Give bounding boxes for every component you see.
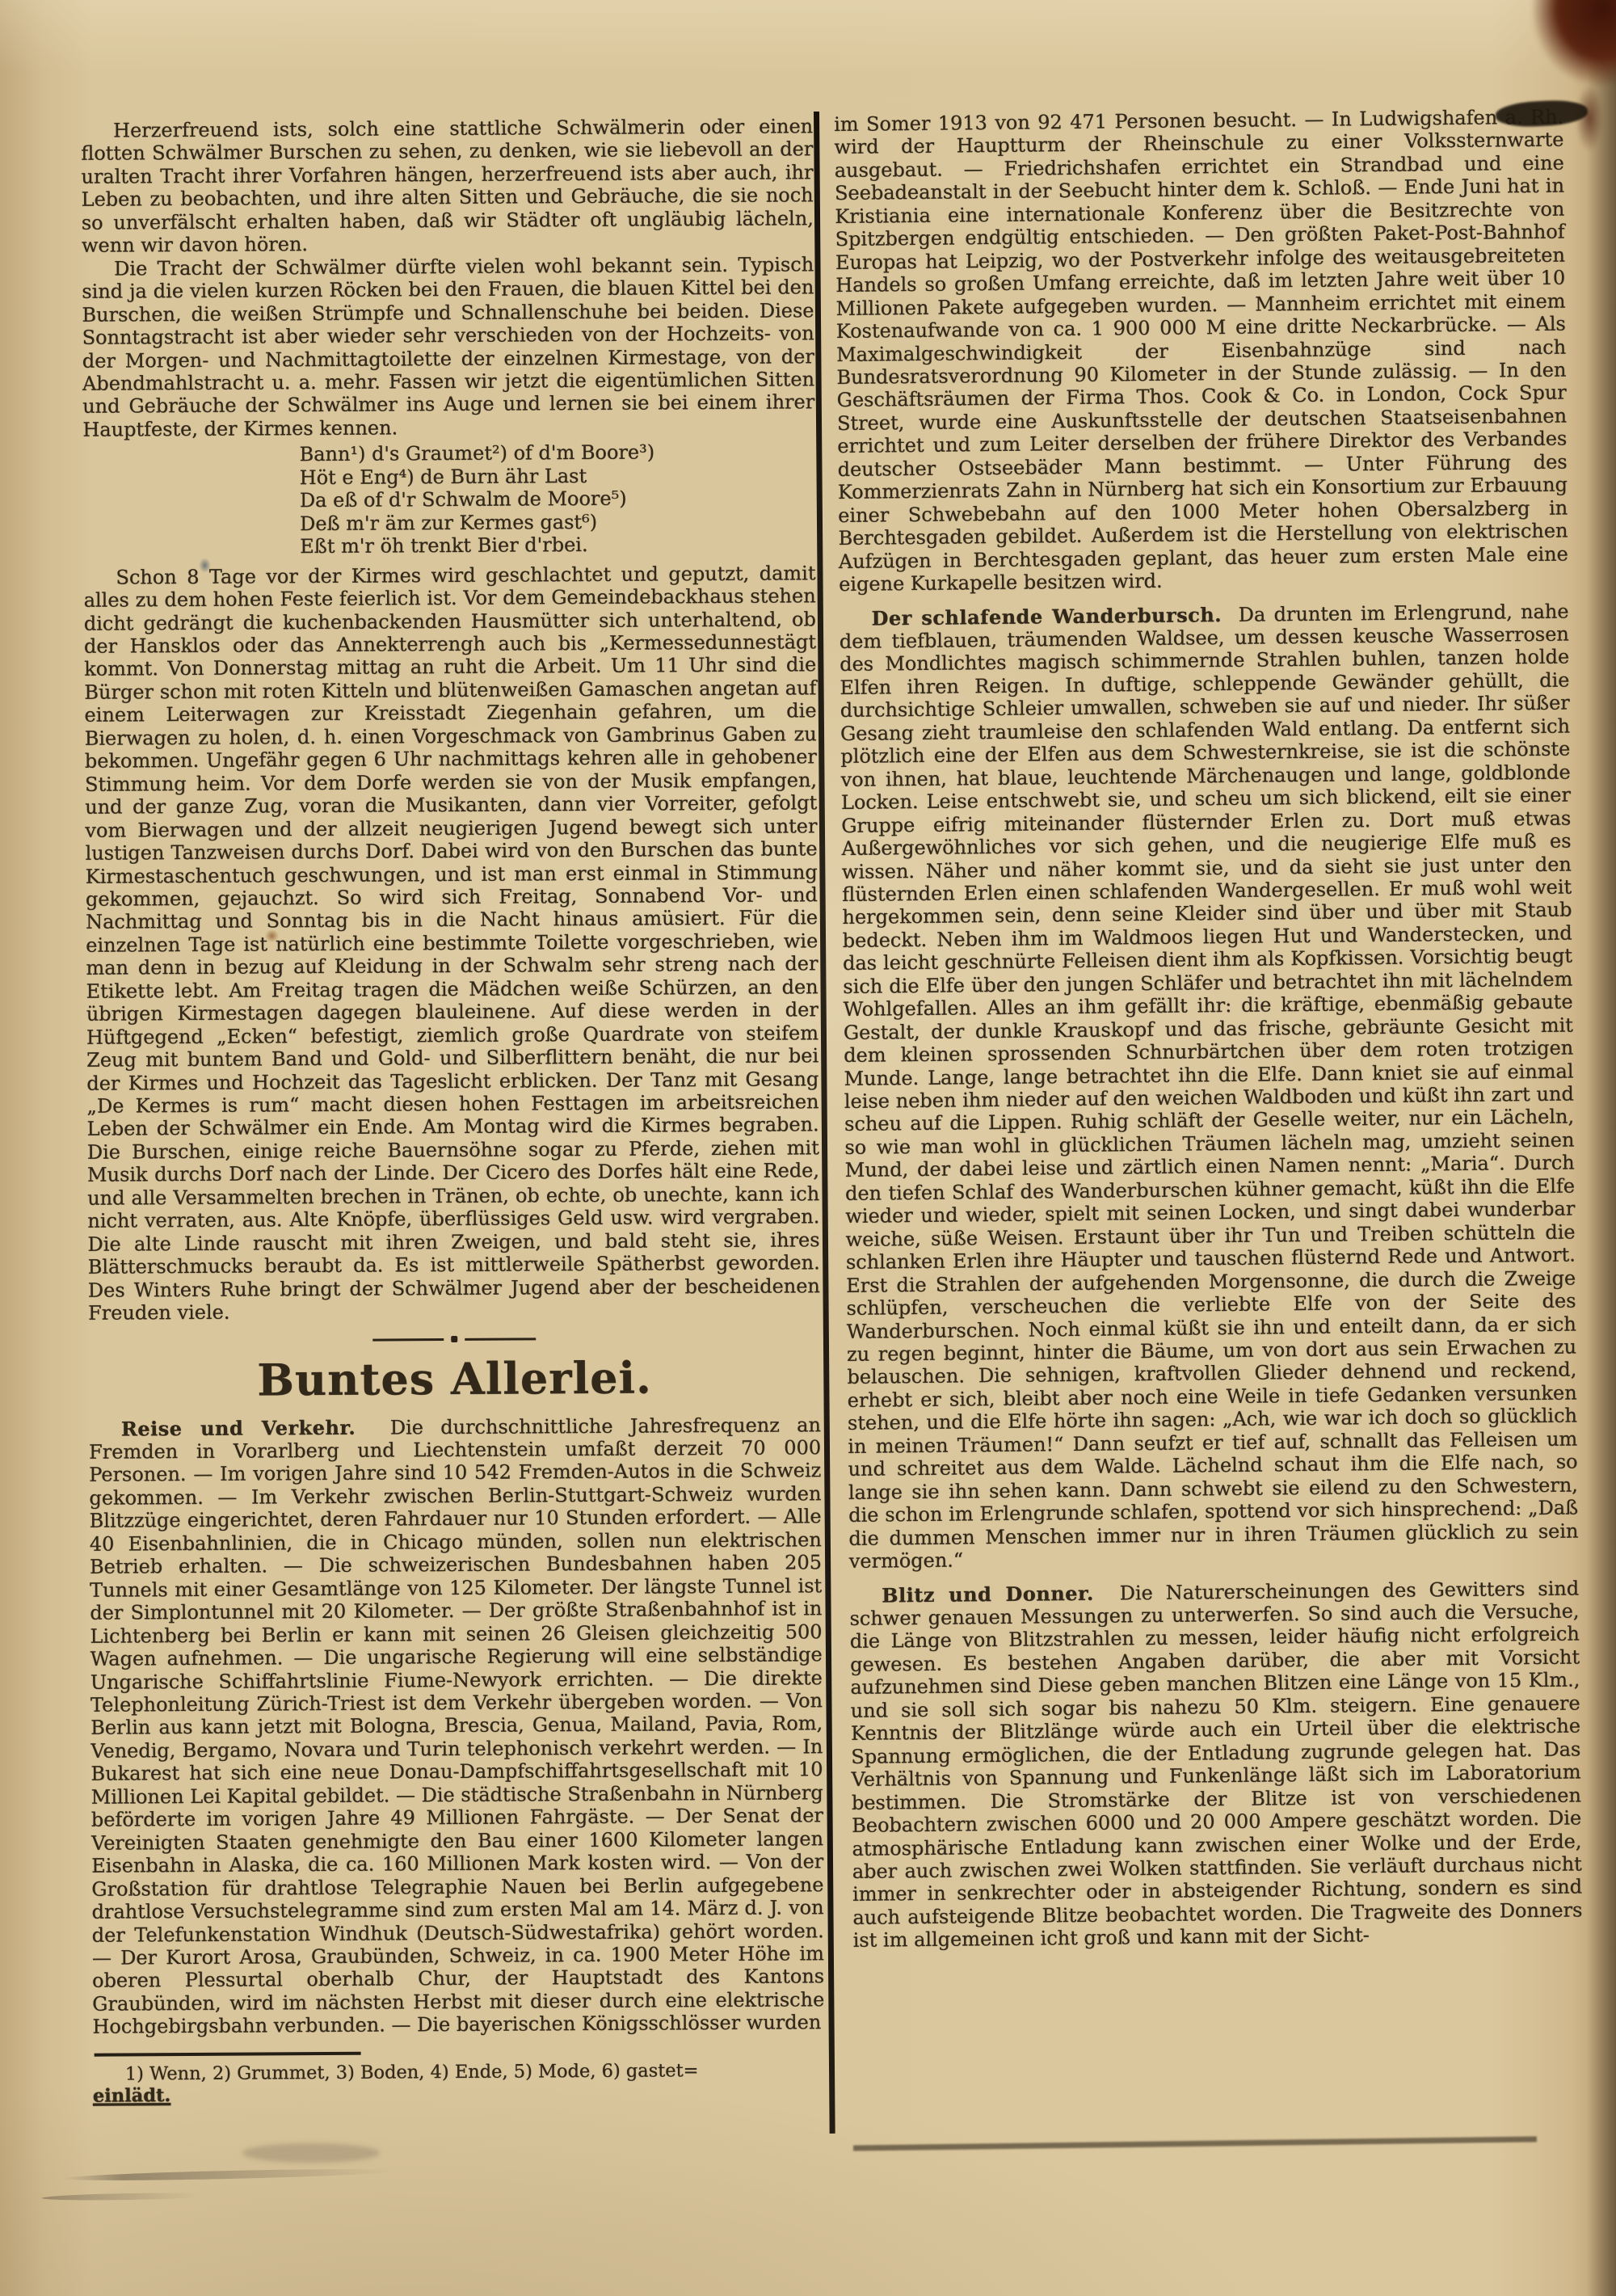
divider-line-right <box>465 1338 536 1341</box>
footnote-rule <box>95 2051 361 2056</box>
poem-line: Eßt m'r öh trenkt Bier d'rbei. <box>300 532 815 558</box>
poem-line: Deß m'r äm zur Kermes gast⁶) <box>300 509 815 535</box>
footnote: 1) Wenn, 2) Grummet, 3) Boden, 4) Ende, … <box>93 2059 825 2108</box>
pencil-mark <box>42 2192 216 2201</box>
poem-line: Höt e Eng⁴) de Burn ähr Last <box>300 463 815 489</box>
edge-stain <box>1576 84 1603 152</box>
blitz-text: Die Naturerscheinungen des Gewitters sin… <box>849 1577 1582 1952</box>
divider-line-left <box>372 1338 444 1342</box>
wanderbursch-lead: Der schlafende Wanderbursch. <box>871 603 1222 630</box>
article-tracht-paragraph: Die Tracht der Schwälmer dürfte vielen w… <box>82 253 814 441</box>
left-column: Herzerfreuend ists, solch eine stattlich… <box>81 115 825 2107</box>
ink-smear <box>242 2143 380 2163</box>
wanderbursch-text: Da drunten im Erlengrund, nahe dem tiefb… <box>840 600 1579 1573</box>
blitz-lead: Blitz und Donner. <box>882 1581 1094 1607</box>
right-column: im Somer 1913 von 92 471 Personen besuch… <box>834 106 1583 1953</box>
binding-shadow <box>1587 0 1616 2296</box>
divider-dot <box>451 1336 457 1342</box>
poem-line: Bann¹) d's Graumet²) of d'm Boore³) <box>299 440 814 466</box>
kirmes-paragraph: Schon 8 Tage vor der Kirmes wird geschla… <box>83 562 820 1325</box>
allerlei-lead: Reise und Verkehr. <box>121 1415 356 1440</box>
page-corner-stain <box>1532 0 1616 86</box>
article-intro-paragraph: Herzerfreuend ists, solch eine stattlich… <box>81 115 814 257</box>
allerlei-paragraph: Reise und Verkehr. Die durchschnittliche… <box>89 1413 825 2039</box>
allerlei-text: Die durchschnittliche Jahresfrequenz an … <box>89 1413 824 2038</box>
continuation-paragraph: im Somer 1913 von 92 471 Personen besuch… <box>834 106 1568 596</box>
wanderbursch-paragraph: Der schlafende Wanderbursch. Da drunten … <box>839 600 1578 1573</box>
footnote-underlined-word: einlädt. <box>93 2085 170 2107</box>
footnote-text: 1) Wenn, 2) Grummet, 3) Boden, 4) Ende, … <box>125 2060 699 2084</box>
poem-line: Da eß of d'r Schwalm de Moore⁵) <box>300 486 815 512</box>
section-heading: Buntes Allerlei. <box>88 1352 820 1405</box>
dialect-poem: Bann¹) d's Graumet²) of d'm Boore³) Höt … <box>299 440 815 558</box>
section-divider-ornament <box>88 1333 820 1346</box>
pencil-mark <box>63 2167 394 2182</box>
last-line-smudge <box>853 2136 1537 2151</box>
blitz-paragraph: Blitz und Donner. Die Naturerscheinungen… <box>849 1577 1583 1953</box>
